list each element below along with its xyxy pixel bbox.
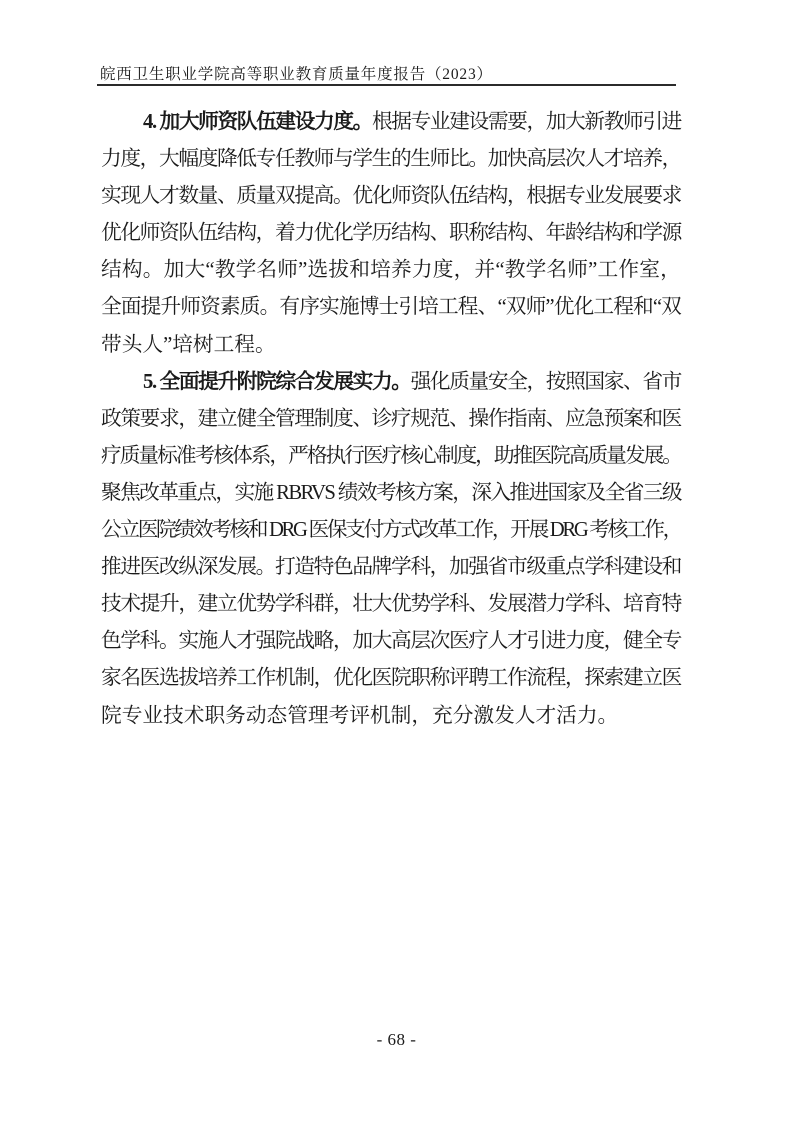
text-line: 色学科。实施人才强院战略，加大高层次医疗人才引进力度，健全专 <box>101 623 681 660</box>
text-line: 推进医改纵深发展。打造特色品牌学科，加强省市级重点学科建设和 <box>101 549 681 586</box>
document-page: 皖西卫生职业学院高等职业教育质量年度报告（2023） 4. 加大师资队伍建设力度… <box>0 0 793 1122</box>
text-line: 4. 加大师资队伍建设力度。根据专业建设需要，加大新教师引进 <box>101 104 681 141</box>
paragraph-lead: 5. 全面提升附院综合发展实力。 <box>143 371 411 393</box>
text-line: 5. 全面提升附院综合发展实力。强化质量安全，按照国家、省市 <box>101 364 681 401</box>
text-line: 疗质量标准考核体系，严格执行医疗核心制度，助推医院高质量发展。 <box>101 438 681 475</box>
text-line: 带头人”培树工程。 <box>101 327 681 364</box>
text-line: 政策要求，建立健全管理制度、诊疗规范、操作指南、应急预案和医 <box>101 401 681 438</box>
text-line: 家名医选拔培养工作机制，优化医院职称评聘工作流程，探索建立医 <box>101 660 681 697</box>
text-line: 公立医院绩效考核和 DRG 医保支付方式改革工作，开展 DRG 考核工作， <box>101 512 681 549</box>
text-line: 优化师资队伍结构，着力优化学历结构、职称结构、年龄结构和学源 <box>101 215 681 252</box>
text-line: 聚焦改革重点，实施 RBRVS 绩效考核方案，深入推进国家及全省三级 <box>101 475 681 512</box>
text-line: 院专业技术职务动态管理考评机制，充分激发人才活力。 <box>101 698 681 735</box>
text-line: 结构。加大“教学名师”选拔和培养力度，并“教学名师”工作室， <box>101 252 681 289</box>
text-line: 实现人才数量、质量双提高。优化师资队伍结构，根据专业发展要求 <box>101 178 681 215</box>
text-line: 技术提升，建立优势学科群，壮大优势学科、发展潜力学科、培育特 <box>101 586 681 623</box>
text-line: 全面提升师资素质。有序实施博士引培工程、“双师”优化工程和“双 <box>101 289 681 326</box>
page-number: - 68 - <box>0 1030 793 1050</box>
page-header-title: 皖西卫生职业学院高等职业教育质量年度报告（2023） <box>100 62 696 84</box>
header-rule <box>97 84 676 86</box>
text-line: 力度，大幅度降低专任教师与学生的生师比。加快高层次人才培养， <box>101 141 681 178</box>
paragraph-lead: 4. 加大师资队伍建设力度。 <box>143 111 372 133</box>
document-body: 4. 加大师资队伍建设力度。根据专业建设需要，加大新教师引进力度，大幅度降低专任… <box>101 104 681 735</box>
